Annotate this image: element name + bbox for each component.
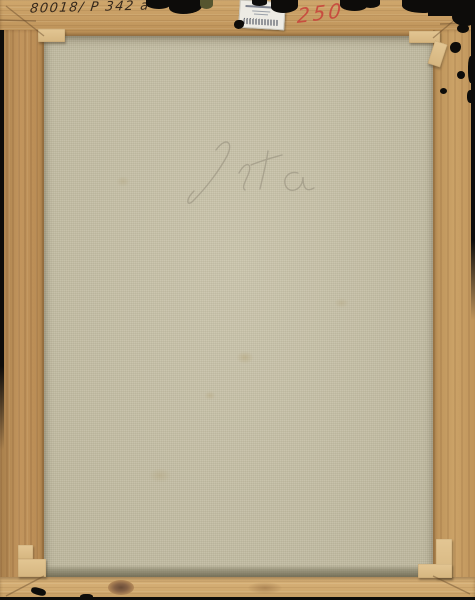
corner-key-bottom-left [18,545,33,559]
canvas-stain [116,176,130,187]
photo-edge-left [0,30,4,450]
paint-splatter [457,24,469,33]
stretcher-bar-left [0,30,44,580]
corner-key-top-left [38,29,65,42]
label-text-line [254,14,268,16]
photo-canvas-verso: 80018/ P 342 a 250 [0,0,475,600]
corner-key-bottom-left-2 [18,559,46,577]
stretcher-bar-right [433,30,475,580]
wood-grain-swirl [248,582,282,594]
wood-knot [108,580,134,595]
canvas-fold-shadow [44,565,433,577]
label-text-line [252,10,270,12]
paint-splatter [440,88,447,94]
corner-key-bottom-right-2 [418,564,452,578]
paint-splatter [457,71,465,79]
paint-splatter [146,0,170,9]
canvas-stain [148,468,172,483]
paint-splatter [200,0,213,9]
canvas-stain [204,391,216,400]
pencil-signature [182,138,317,206]
paint-splatter [252,0,267,6]
canvas-stain [236,351,254,364]
canvas-stain [334,298,349,308]
canvas-back [44,36,433,577]
photo-edge-right [471,0,475,320]
label-barcode [243,18,277,26]
